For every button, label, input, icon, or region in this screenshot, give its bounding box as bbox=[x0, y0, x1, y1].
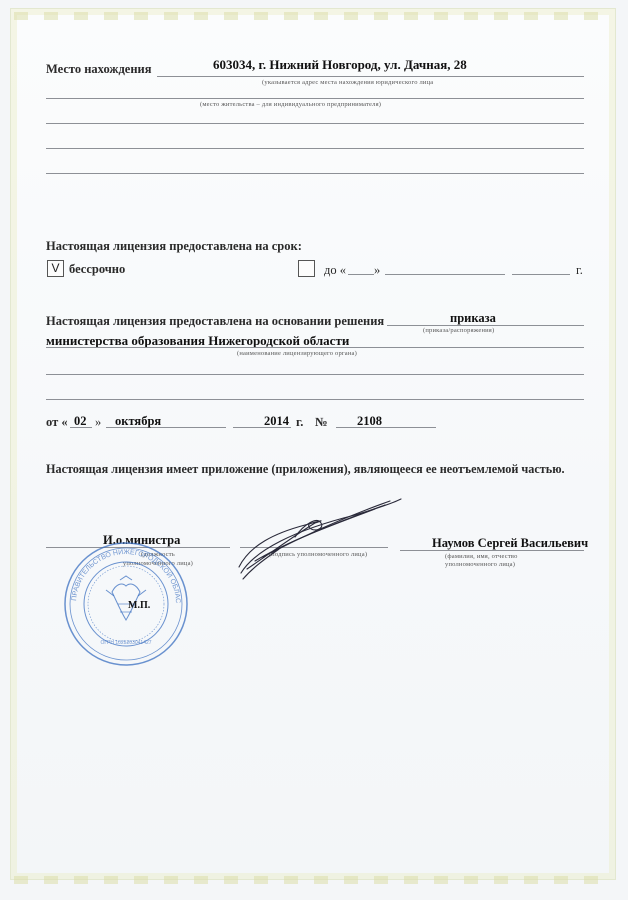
term-heading: Настоящая лицензия предоставлена на срок… bbox=[46, 239, 302, 254]
address-label: Место нахождения bbox=[46, 62, 152, 77]
date-prefix: от « bbox=[46, 415, 68, 430]
handwritten-signature bbox=[235, 495, 405, 580]
address-value: 603034, г. Нижний Новгород, ул. Дачная, … bbox=[213, 57, 467, 73]
license-number: 2108 bbox=[357, 414, 382, 429]
until-day-line bbox=[348, 274, 374, 275]
until-year-suffix: г. bbox=[576, 263, 583, 278]
blank-line-4 bbox=[46, 374, 584, 375]
border-ornament-bottom bbox=[14, 876, 614, 884]
address-line-2 bbox=[46, 98, 584, 99]
name-hint-1: (фамилия, имя, отчество bbox=[445, 553, 518, 560]
border-ornament-top bbox=[14, 12, 614, 20]
decision-type-value: приказа bbox=[450, 311, 496, 326]
number-line bbox=[336, 427, 436, 428]
address-line bbox=[157, 76, 584, 77]
address-legal-hint: (указывается адрес места нахождения юрид… bbox=[262, 79, 433, 86]
until-year-line bbox=[512, 274, 570, 275]
date-close-quote: » bbox=[95, 415, 101, 430]
stamp-label: М.П. bbox=[128, 600, 150, 611]
name-hint-2: уполномоченного лица) bbox=[445, 561, 515, 568]
authority-hint: (наименование лицензирующего органа) bbox=[237, 350, 357, 357]
date-year: 2014 bbox=[264, 414, 289, 429]
signer-name: Наумов Сергей Васильевич bbox=[432, 536, 588, 551]
license-page bbox=[10, 8, 616, 880]
name-line bbox=[400, 550, 584, 551]
indefinite-checkbox: V bbox=[47, 260, 64, 277]
blank-line-2 bbox=[46, 148, 584, 149]
official-stamp: ПРАВИТЕЛЬСТВО НИЖЕГОРОДСКОЙ ОБЛАСТИ ОГРН… bbox=[62, 540, 190, 668]
basis-heading: Настоящая лицензия предоставлена на осно… bbox=[46, 314, 384, 329]
decision-type-hint: (приказа/распоряжения) bbox=[423, 327, 494, 334]
address-individual-hint: (место жительства – для индивидуального … bbox=[200, 101, 381, 108]
blank-line-5 bbox=[46, 399, 584, 400]
number-sign: № bbox=[315, 415, 328, 430]
indefinite-label: бессрочно bbox=[69, 262, 125, 277]
authority-line bbox=[46, 347, 584, 348]
date-day: 02 bbox=[74, 414, 87, 429]
date-year-suffix: г. bbox=[296, 415, 303, 430]
date-month: октября bbox=[115, 414, 161, 429]
svg-text:ОГРН 1025203041427: ОГРН 1025203041427 bbox=[100, 640, 151, 646]
until-close-quote: » bbox=[374, 263, 380, 278]
blank-line-3 bbox=[46, 173, 584, 174]
appendix-note: Настоящая лицензия имеет приложение (при… bbox=[46, 462, 565, 477]
until-label: до « bbox=[324, 263, 346, 278]
until-month-line bbox=[385, 274, 505, 275]
until-checkbox bbox=[298, 260, 315, 277]
blank-line-1 bbox=[46, 123, 584, 124]
